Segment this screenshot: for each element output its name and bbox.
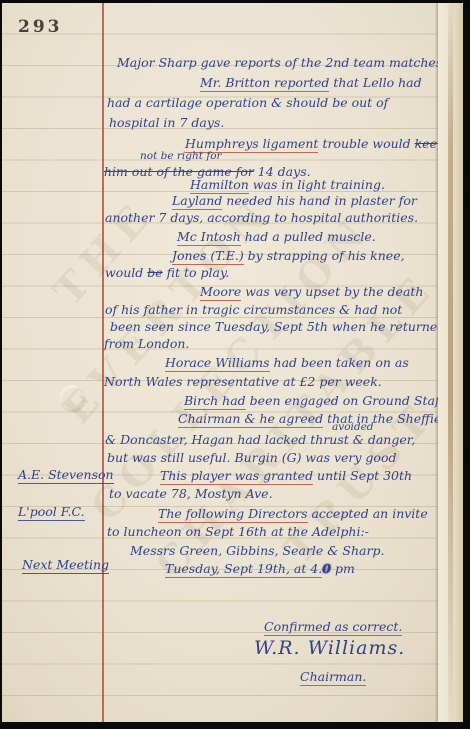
page-number: 293 [18,17,63,37]
margin-note-stevenson: A.E. Stevenson [18,467,114,482]
manuscript-line: would be fit to play. [105,265,229,280]
book-page-edges [438,3,463,722]
underlined-phrase: Moore [200,284,241,301]
handwriting: L'pool F.C. [18,504,85,521]
handwriting: would [105,265,147,280]
handwriting: A.E. Stevenson [18,467,114,484]
ledger-page: THE EVERTON COLLECTION CHARITABLE TRUST … [2,3,463,722]
manuscript-line: & Doncaster, Hagan had lacked thrust & d… [105,432,415,447]
handwriting: had a cartilage operation & should be ou… [107,95,388,110]
manuscript-line: Hamilton was in light training. [190,177,385,192]
handwriting: from London. [104,336,189,351]
paper-emboss-mark [59,385,86,412]
underlined-phrase: Layland [172,193,222,210]
handwriting: fit to play. [163,265,230,280]
handwriting: been seen since Tuesday, Sept 5th when h… [110,319,445,334]
handwriting: of his father in tragic circumstances & … [105,302,402,317]
handwriting: needed his hand in plaster for [222,193,417,208]
manuscript-line: Mr. Britton reported that Lello had [200,75,422,90]
manuscript-line: hospital in 7 days. [109,115,224,130]
underlined-phrase: Hamilton [190,177,249,194]
manuscript-line: Major Sharp gave reports of the 2nd team… [117,55,446,70]
handwriting: until Sept 30th [313,468,412,483]
margin-note-next-meeting: Next Meeting [22,557,109,572]
handwriting: hospital in 7 days. [109,115,224,130]
handwriting: that Lello had [329,75,421,90]
underlined-phrase: Tuesday, Sept 19th, at 4. [165,561,322,578]
manuscript-line: Chairman & he agreed that in the Sheffie… [178,411,463,426]
manuscript-line: The following Directors accepted an invi… [158,506,428,521]
manuscript-line: Layland needed his hand in plaster for [172,193,417,208]
manuscript-line: Tuesday, Sept 19th, at 4.0 pm [165,561,355,576]
inserted-correction: not be right for [140,150,222,162]
underlined-phrase: Mr. Britton reported [200,75,329,92]
handwriting: pm [331,561,355,576]
manuscript-line: North Wales representative at £2 per wee… [104,374,382,389]
manuscript-line: Moore was very upset by the death [200,284,424,299]
handwriting: accepted an invite [308,506,428,521]
manuscript-line: Mc Intosh had a pulled muscle. [177,229,376,244]
handwriting: was in light training. [249,177,385,192]
handwriting: North Wales representative at £2 per wee… [104,374,382,389]
chairman-title: Chairman. [300,669,366,684]
handwriting: Messrs Green, Gibbins, Searle & Sharp. [130,543,384,558]
manuscript-line: to luncheon on Sept 16th at the Adelphi:… [107,524,369,539]
underlined-phrase: Chairman & he agreed [178,411,323,428]
manuscript-line: This player was granted until Sept 30th [160,468,412,483]
scanned-minute-book-page: { "page_number": "293", "colors": { "ink… [0,0,470,729]
chairman-signature: W.R. Williams. [254,637,405,659]
handwriting: trouble would [318,136,414,151]
manuscript-line: had a cartilage operation & should be ou… [107,95,388,110]
underlined-phrase: Horace Williams [165,355,270,372]
manuscript-line: to vacate 78, Mostyn Ave. [109,486,273,501]
manuscript-line: been seen since Tuesday, Sept 5th when h… [110,319,445,334]
manuscript-line: Humphreys ligament trouble would keep [185,136,445,151]
handwriting: been engaged on Ground Staff. [246,393,448,408]
handwriting: but was still useful. Burgin (G) was ver… [107,450,397,465]
manuscript-line: of his father in tragic circumstances & … [105,302,402,317]
manuscript-line: Jones (T.E.) by strapping of his knee, [172,248,405,263]
manuscript-line: another 7 days, according to hospital au… [105,210,418,225]
manuscript-line: from London. [104,336,189,351]
handwriting: W.R. Williams. [254,637,405,659]
manuscript-line: Messrs Green, Gibbins, Searle & Sharp. [130,543,384,558]
underlined-phrase: Confirmed as correct. [264,619,402,636]
handwriting: to luncheon on Sept 16th at the Adelphi:… [107,524,369,539]
underlined-phrase: Mc Intosh [177,229,241,246]
handwriting: not be right for [140,150,222,162]
underlined-phrase: Jones (T.E.) [172,248,244,265]
handwriting: Major Sharp gave reports of the 2nd team… [117,55,446,70]
handwriting: another 7 days, according to hospital au… [105,210,418,225]
handwriting: & Doncaster, Hagan had lacked thrust & d… [105,432,415,447]
manuscript-line: Birch had been engaged on Ground Staff. [184,393,448,408]
manuscript-line: but was still useful. Burgin (G) was ver… [107,450,397,465]
page-edge-stain [448,3,453,722]
handwriting: was very upset by the death [241,284,423,299]
underlined-phrase: Birch had [184,393,246,410]
handwriting: to vacate 78, Mostyn Ave. [109,486,273,501]
red-margin-rule [102,3,104,722]
underlined-phrase: This player was granted [160,468,313,485]
margin-note-lpool-fc: L'pool F.C. [18,504,85,519]
struck-text: be [147,265,162,280]
handwriting: Next Meeting [22,557,109,574]
inked-zero: 0 [322,561,331,576]
handwriting: had been taken on as [270,355,409,370]
confirmation-line: Confirmed as correct. [264,619,402,634]
handwriting: by strapping of his knee, [244,248,405,263]
handwriting: had a pulled muscle. [241,229,376,244]
underlined-phrase: Chairman. [300,669,366,686]
underlined-phrase: The following Directors [158,506,308,523]
manuscript-line: Horace Williams had been taken on as [165,355,409,370]
